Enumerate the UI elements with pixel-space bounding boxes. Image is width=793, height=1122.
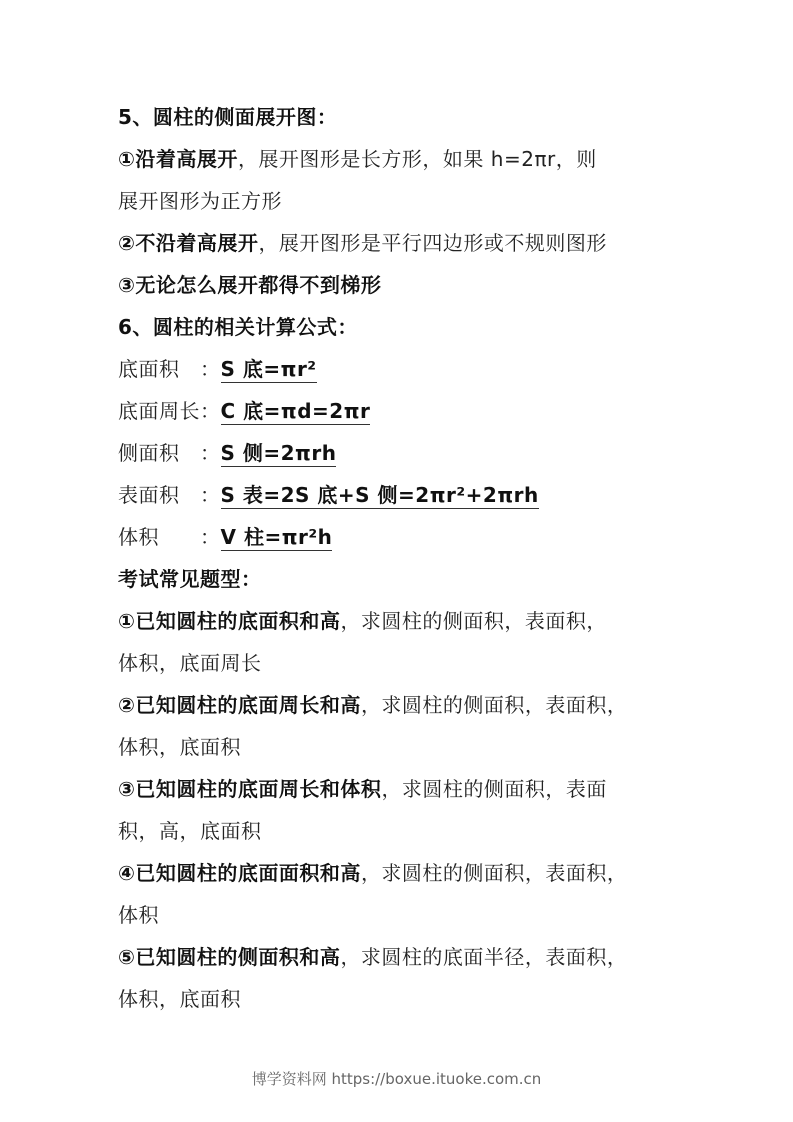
item-bold: ③已知圆柱的底面周长和体积 [118, 777, 381, 801]
exam-heading: 考试常见题型： [118, 558, 678, 600]
section5-item-1: ①沿着高展开，展开图形是长方形，如果 h=2πr，则 [118, 138, 678, 180]
footer-watermark: 博学资料网 https://boxue.ituoke.com.cn [0, 1068, 793, 1089]
exam-item-2: ②已知圆柱的底面周长和高，求圆柱的侧面积，表面积， [118, 684, 678, 726]
exam-item-3-cont: 积，高，底面积 [118, 810, 678, 852]
item-text: ，求圆柱的侧面积，表面 [381, 777, 607, 801]
formula-value: C 底=πd=2πr [221, 399, 371, 425]
formula-value: S 表=2S 底+S 侧=2πr²+2πrh [221, 483, 539, 509]
formula-label: 底面积 ： [118, 348, 221, 390]
exam-item-3: ③已知圆柱的底面周长和体积，求圆柱的侧面积，表面 [118, 768, 678, 810]
item-bold: ①已知圆柱的底面积和高 [118, 609, 340, 633]
formula-surface-area: 表面积 ：S 表=2S 底+S 侧=2πr²+2πrh [118, 474, 678, 516]
formula-value: S 侧=2πrh [221, 441, 337, 467]
item-bold: ②不沿着高展开 [118, 231, 258, 255]
item-bold: ⑤已知圆柱的侧面积和高 [118, 945, 340, 969]
section5-heading: 5、圆柱的侧面展开图： [118, 96, 678, 138]
item-text: ，求圆柱的侧面积，表面积， [340, 609, 607, 633]
item-bold: ②已知圆柱的底面周长和高 [118, 693, 361, 717]
section6-heading: 6、圆柱的相关计算公式： [118, 306, 678, 348]
exam-item-1: ①已知圆柱的底面积和高，求圆柱的侧面积，表面积， [118, 600, 678, 642]
exam-item-4-cont: 体积 [118, 894, 678, 936]
item-text: ，求圆柱的底面半径，表面积， [340, 945, 627, 969]
exam-item-5: ⑤已知圆柱的侧面积和高，求圆柱的底面半径，表面积， [118, 936, 678, 978]
item-text: ，展开图形是长方形，如果 h=2πr，则 [238, 147, 597, 171]
formula-label: 侧面积 ： [118, 432, 221, 474]
exam-item-4: ④已知圆柱的底面面积和高，求圆柱的侧面积，表面积， [118, 852, 678, 894]
formula-label: 表面积 ： [118, 474, 221, 516]
item-text: ，求圆柱的侧面积，表面积， [361, 861, 628, 885]
item-bold: ①沿着高展开 [118, 147, 238, 171]
formula-volume: 体积 ：V 柱=πr²h [118, 516, 678, 558]
document-page: 5、圆柱的侧面展开图： ①沿着高展开，展开图形是长方形，如果 h=2πr，则 展… [118, 96, 678, 1020]
section5-item-2: ②不沿着高展开，展开图形是平行四边形或不规则图形 [118, 222, 678, 264]
item-bold: ③无论怎么展开都得不到梯形 [118, 273, 381, 297]
exam-item-1-cont: 体积，底面周长 [118, 642, 678, 684]
formula-base-perimeter: 底面周长：C 底=πd=2πr [118, 390, 678, 432]
formula-label: 体积 ： [118, 516, 221, 558]
exam-item-5-cont: 体积，底面积 [118, 978, 678, 1020]
formula-lateral-area: 侧面积 ：S 侧=2πrh [118, 432, 678, 474]
section5-item-1-cont: 展开图形为正方形 [118, 180, 678, 222]
exam-item-2-cont: 体积，底面积 [118, 726, 678, 768]
item-text: ，求圆柱的侧面积，表面积， [361, 693, 628, 717]
formula-label: 底面周长： [118, 390, 221, 432]
formula-base-area: 底面积 ：S 底=πr² [118, 348, 678, 390]
item-bold: ④已知圆柱的底面面积和高 [118, 861, 361, 885]
item-text: ，展开图形是平行四边形或不规则图形 [258, 231, 607, 255]
formula-value: S 底=πr² [221, 357, 317, 383]
formula-value: V 柱=πr²h [221, 525, 333, 551]
section5-item-3: ③无论怎么展开都得不到梯形 [118, 264, 678, 306]
